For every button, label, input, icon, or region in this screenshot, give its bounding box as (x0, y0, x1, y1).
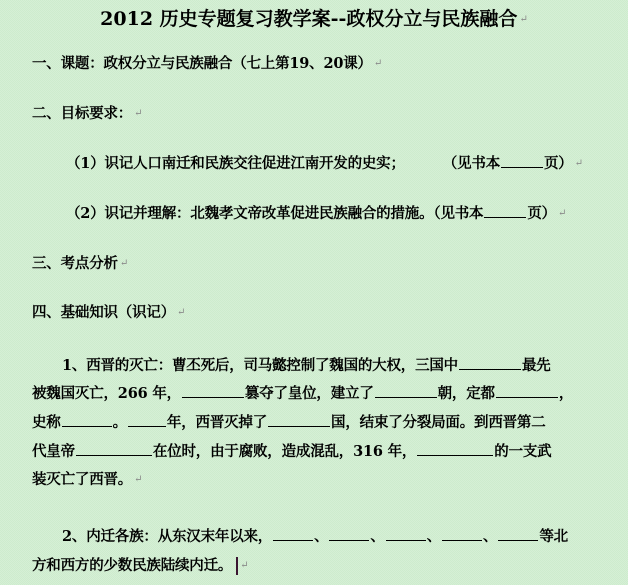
item-1-line-1: 1、西晋的灭亡：曹丕死后，司马懿控制了魏国的大权，三国中最先 (62, 355, 551, 376)
section-4-text: 四、基础知识（识记） (32, 304, 175, 321)
item-1-text: 在位时，由于腐败，造成混乱，316 年， (153, 443, 416, 460)
separator: 、 (314, 528, 328, 545)
item-1-text: 装灭亡了西晋。 (32, 471, 132, 488)
paragraph-mark-icon: ↵ (177, 307, 185, 318)
section-4-heading: 四、基础知识（识记）↵ (32, 303, 185, 323)
fill-blank[interactable] (496, 383, 558, 398)
goal-2-ref-open: （见书本 (433, 205, 483, 222)
section-3-text: 三、考点分析 (32, 255, 118, 272)
paragraph-mark-icon: ↵ (374, 58, 382, 69)
fill-blank[interactable] (76, 441, 152, 456)
section-1-text: 一、课题：政权分立与民族融合（七上第19、20课） (32, 55, 372, 72)
fill-blank[interactable] (442, 526, 482, 541)
item-1-line-4: 代皇帝在位时，由于腐败，造成混乱，316 年，的一支武 (32, 441, 551, 462)
item-1-text: 篡夺了皇位，建立了 (245, 385, 374, 402)
goal-2-text: （2）识记并理解：北魏孝文帝改革促进民族融合的措施。 (66, 205, 433, 222)
item-1-text: 史称 (32, 414, 61, 431)
fill-blank[interactable] (417, 441, 493, 456)
fill-blank[interactable] (268, 412, 330, 427)
item-1-text: 被魏国灭亡，266 年， (32, 385, 181, 402)
paragraph-mark-icon: ↵ (134, 474, 142, 485)
title-text: 2012 历史专题复习教学案--政权分立与民族融合 (100, 8, 517, 30)
item-1-line-3: 史称。年，西晋灭掉了国，结束了分裂局面。到西晋第二 (32, 412, 546, 433)
fill-blank[interactable] (62, 412, 112, 427)
paragraph-mark-icon: ↵ (519, 14, 527, 25)
item-1-line-2: 被魏国灭亡，266 年，篡夺了皇位，建立了朝，定都， (32, 383, 573, 404)
document-page[interactable]: 2012 历史专题复习教学案--政权分立与民族融合↵ 一、课题：政权分立与民族融… (0, 0, 628, 585)
document-title: 2012 历史专题复习教学案--政权分立与民族融合↵ (0, 5, 628, 34)
goal-1-ref-close: 页） (544, 155, 573, 172)
item-2-line-2: 方和西方的少数民族陆续内迁。↵ (32, 556, 248, 576)
goal-1: （1）识记人口南迁和民族交往促进江南开发的史实；（见书本页）↵ (66, 153, 583, 174)
fill-blank[interactable] (375, 383, 437, 398)
item-1-text: 最先 (522, 357, 551, 374)
goal-1-ref-open: （见书本 (443, 155, 500, 172)
fill-blank[interactable] (128, 412, 166, 427)
item-2-text: 2、内迁各族：从东汉末年以来， (62, 528, 272, 545)
fill-blank[interactable] (386, 526, 426, 541)
separator: 、 (370, 528, 384, 545)
fill-blank[interactable] (498, 526, 538, 541)
fill-blank[interactable] (182, 383, 244, 398)
item-1-text: 1、西晋的灭亡：曹丕死后，司马懿控制了魏国的大权，三国中 (62, 357, 458, 374)
item-1-text: 年，西晋灭掉了 (167, 414, 267, 431)
separator: 、 (427, 528, 441, 545)
goal-1-text: （1）识记人口南迁和民族交往促进江南开发的史实； (66, 155, 405, 172)
goal-2-ref-close: 页） (527, 205, 556, 222)
fill-blank[interactable] (273, 526, 313, 541)
item-1-text: 国，结束了分裂局面。到西晋第二 (331, 414, 546, 431)
paragraph-mark-icon: ↵ (558, 208, 566, 219)
item-2-text: 等北 (539, 528, 568, 545)
item-1-text: 代皇帝 (32, 443, 75, 460)
fill-blank[interactable] (459, 355, 521, 370)
fill-blank[interactable] (329, 526, 369, 541)
section-2-heading: 二、目标要求：↵ (32, 104, 142, 124)
page-number-blank[interactable] (501, 153, 543, 168)
section-3-heading: 三、考点分析↵ (32, 254, 128, 274)
item-1-line-5: 装灭亡了西晋。↵ (32, 470, 142, 490)
item-1-text: ， (559, 385, 573, 402)
separator: 、 (483, 528, 497, 545)
item-1-text: 朝，定都 (438, 385, 495, 402)
paragraph-mark-icon: ↵ (575, 158, 583, 169)
item-1-text: 的一支武 (494, 443, 551, 460)
paragraph-mark-icon: ↵ (134, 108, 142, 119)
text-cursor (236, 557, 238, 575)
item-2-text: 方和西方的少数民族陆续内迁。 (32, 557, 232, 574)
paragraph-mark-icon: ↵ (120, 258, 128, 269)
item-1-text: 。 (113, 414, 127, 431)
section-2-text: 二、目标要求： (32, 105, 132, 122)
item-2-line-1: 2、内迁各族：从东汉末年以来，、、、、等北 (62, 526, 568, 547)
paragraph-mark-icon: ↵ (240, 560, 248, 571)
goal-2: （2）识记并理解：北魏孝文帝改革促进民族融合的措施。（见书本页）↵ (66, 203, 566, 224)
section-1-heading: 一、课题：政权分立与民族融合（七上第19、20课）↵ (32, 54, 382, 74)
page-number-blank[interactable] (484, 203, 526, 218)
